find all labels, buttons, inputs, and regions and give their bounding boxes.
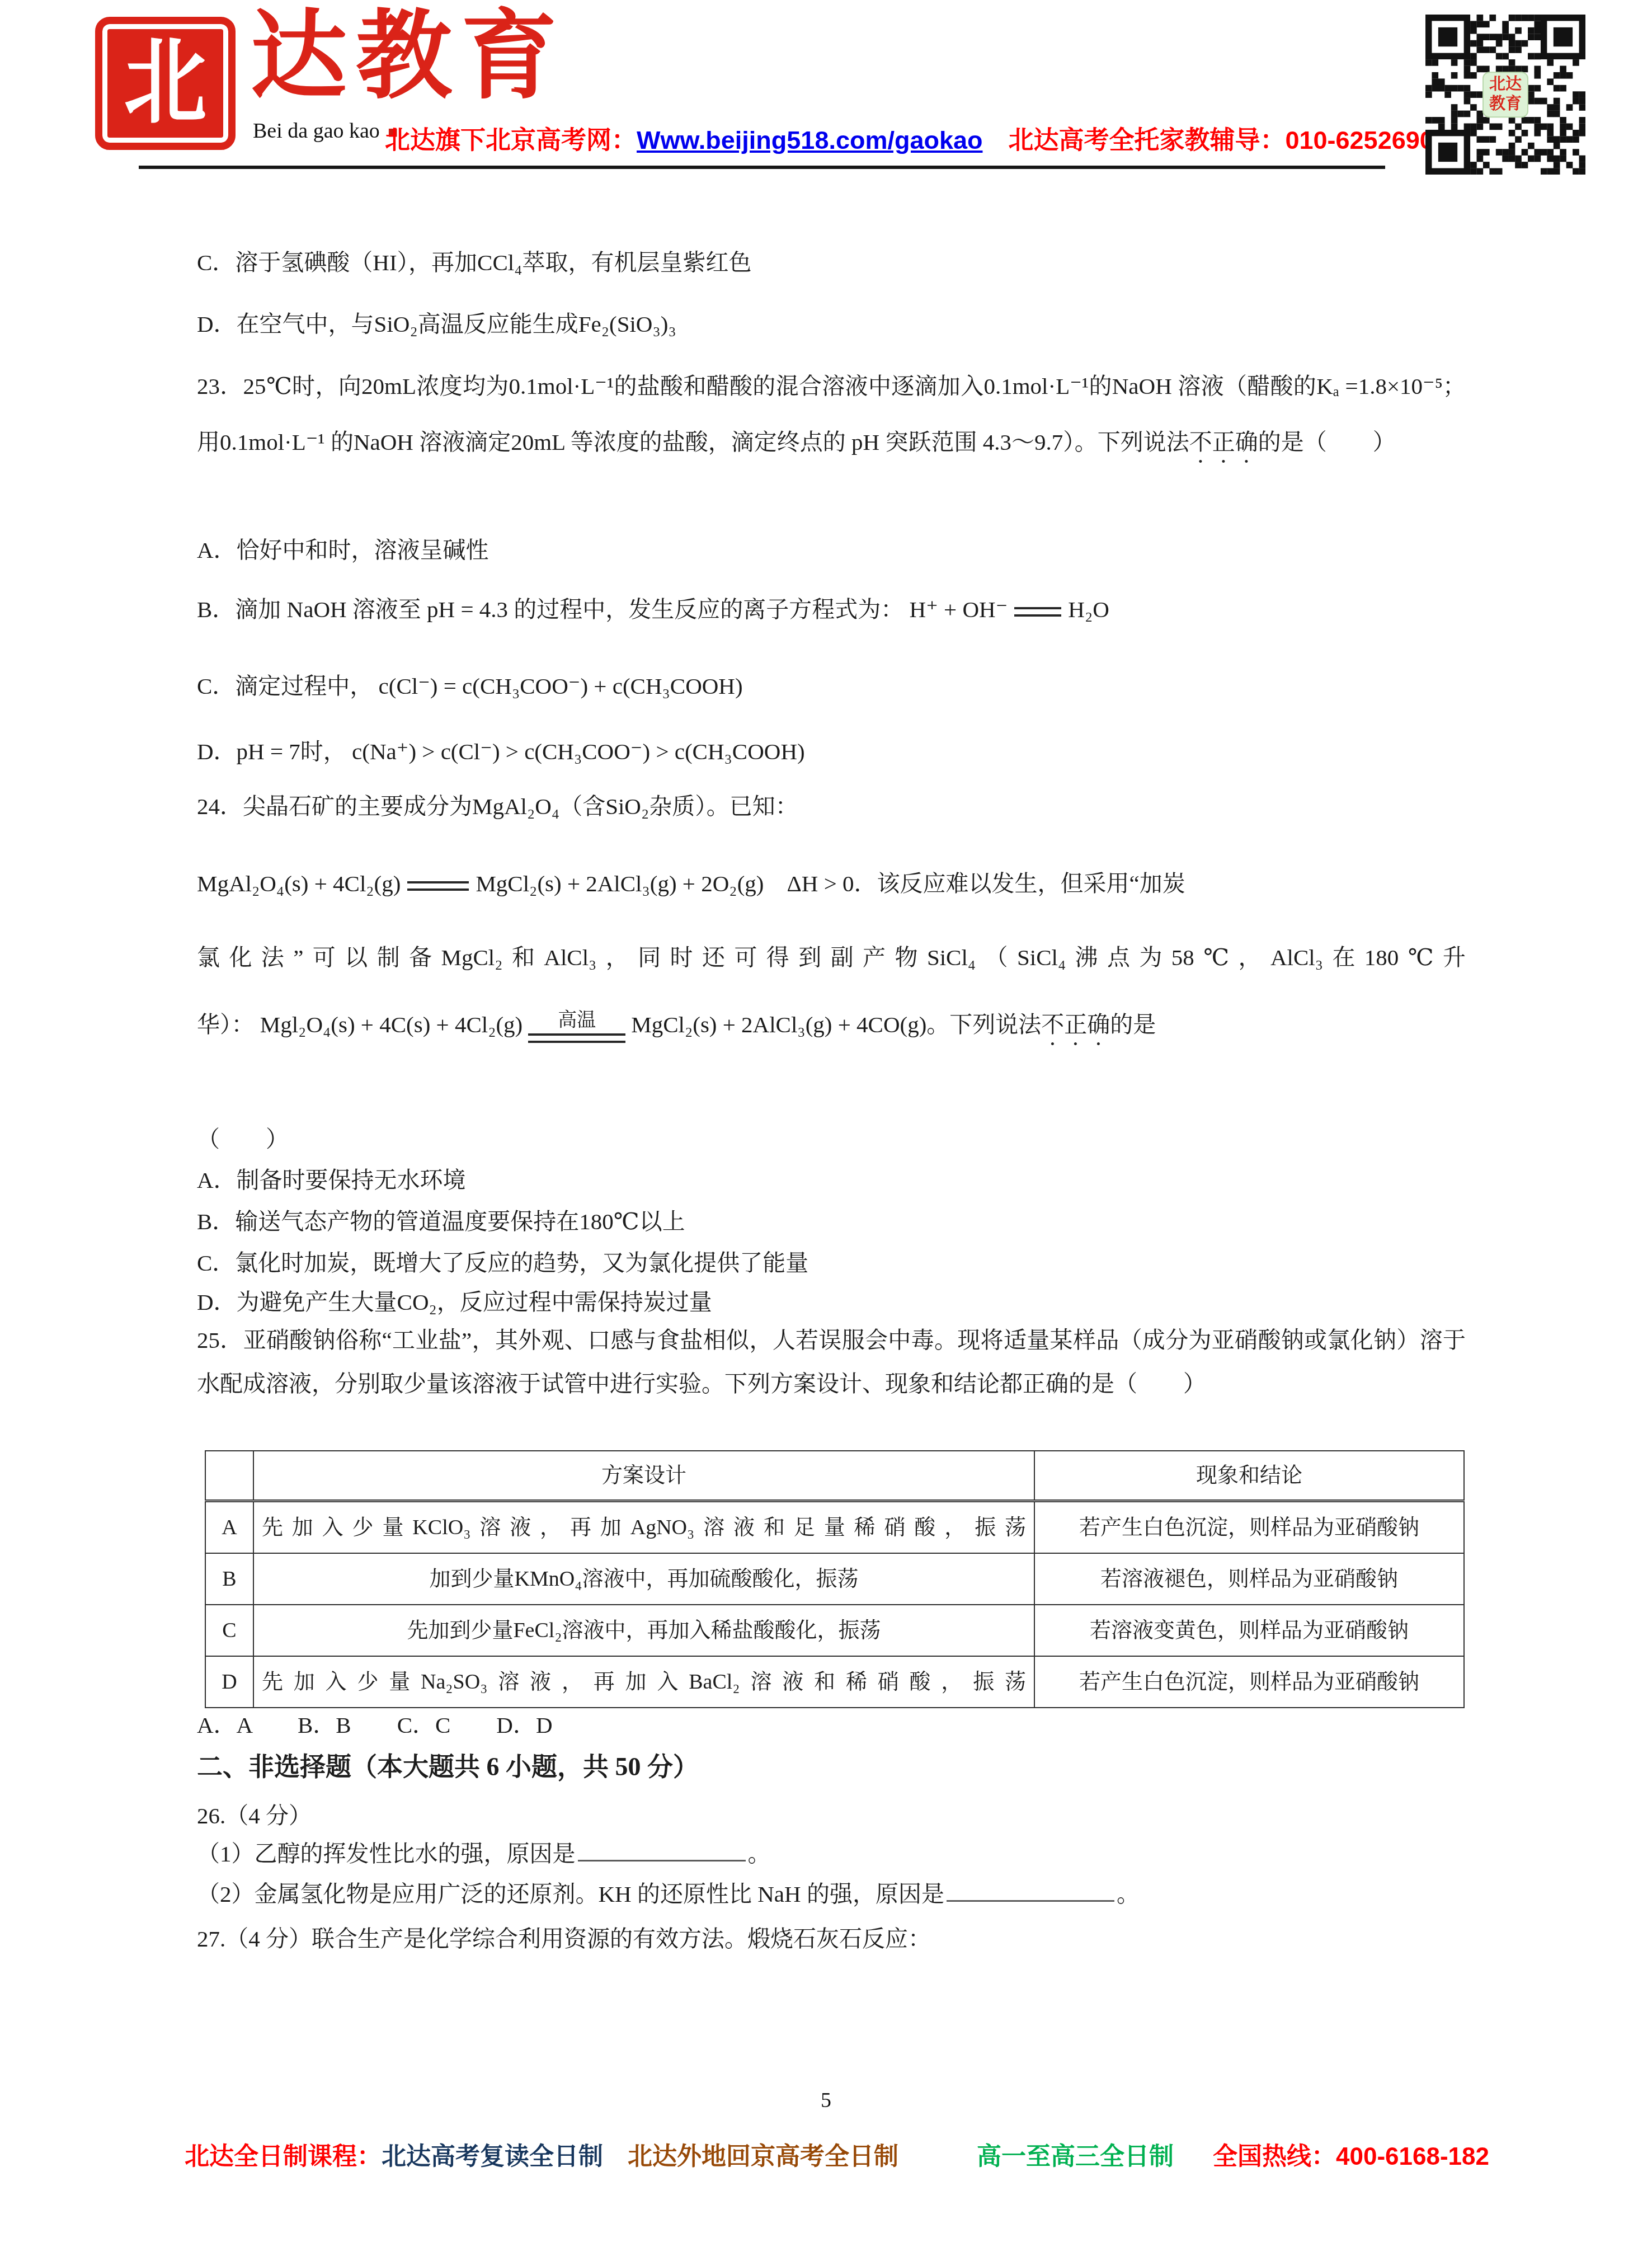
q26-item1: （1）乙醇的挥发性比水的强，原因是。	[197, 1836, 1466, 1872]
header-letter-cell	[205, 1451, 253, 1501]
q26-item2: （2）金属氢化物是应用广泛的还原剂。KH 的还原性比 NaH 的强，原因是。	[197, 1877, 1466, 1912]
double-bond-line	[407, 881, 469, 891]
double-bond-line	[1014, 607, 1061, 617]
brand-calligraphy: 达教育	[251, 4, 566, 110]
q24-option-b: B．输送气态产物的管道温度要保持在180℃以上	[197, 1204, 1466, 1240]
fill-in-blank	[578, 1853, 746, 1861]
q24-line3: 氯化法”可以制备MgCl₂和AlCl₃，同时还可得到副产物SiCl₄（SiCl₄…	[197, 940, 1466, 976]
exam-page: 北 达教育 Bei da gao kao■ 北达旗下北京高考网：Www.beij…	[0, 0, 1652, 2247]
q27-stem: 27.（4 分）联合生产是化学综合利用资源的有效方法。煅烧石灰石反应：	[197, 1921, 1466, 1957]
gaokao-site-link[interactable]: Www.beijing518.com/gaokao	[637, 126, 982, 154]
phone-number: 010-62526900	[1286, 126, 1448, 154]
table-row: B 加到少量KMnO₄溶液中，再加硫酸酸化，振荡 若溶液褪色，则样品为亚硝酸钠	[205, 1553, 1464, 1605]
fill-in-blank	[947, 1893, 1114, 1902]
emphasized-bu-zheng-que: 不正确	[1041, 1012, 1110, 1037]
tutor-label: 北达高考全托家教辅导：	[1008, 126, 1285, 154]
table-row: A 先加入少量KClO₃溶液，再加AgNO₃溶液和足量稀硝酸，振荡 若产生白色沉…	[205, 1501, 1464, 1554]
footer-hotline: 全国热线：400-6168-182	[1213, 2143, 1489, 2170]
q24-stem: 24．尖晶石矿的主要成分为MgAl₂O₄（含SiO₂杂质）。已知：	[197, 789, 1466, 825]
double-bond-line	[528, 1033, 625, 1043]
section2-heading: 二、非选择题（本大题共 6 小题，共 50 分）	[197, 1747, 1466, 1787]
header-plan-cell: 方案设计	[253, 1451, 1034, 1501]
q23-option-b: B．滴加 NaOH 溶液至 pH = 4.3 的过程中，发生反应的离子方程式为：…	[197, 592, 1466, 628]
q24-option-a: A．制备时要保持无水环境	[197, 1163, 1466, 1198]
q22-option-d: D．在空气中，与SiO₂高温反应能生成Fe₂(SiO₃)₃	[197, 307, 1466, 342]
header-divider	[139, 166, 1385, 169]
reaction-condition: 高温	[528, 1009, 625, 1045]
table-row: C 先加到少量FeCl₂溶液中，再加入稀盐酸酸化，振荡 若溶液变黄色，则样品为亚…	[205, 1605, 1464, 1656]
q26-heading: 26.（4 分）	[197, 1798, 1466, 1834]
brand-pinyin: Bei da gao kao■	[253, 119, 398, 143]
q25-table-wrap: 方案设计 现象和结论 A 先加入少量KClO₃溶液，再加AgNO₃溶液和足量稀硝…	[197, 1450, 1466, 1708]
q24-equation-1: MgAl₂O₄(s) + 4Cl₂(g)MgCl₂(s) + 2AlCl₃(g)…	[197, 866, 1466, 902]
brand-seal-logo: 北	[95, 17, 236, 150]
qr-center-label: 北达 教育	[1482, 72, 1528, 117]
emphasized-bu-zheng-que: 不正确	[1189, 429, 1258, 455]
q25-stem: 25．亚硝酸钠俗称“工业盐”，其外观、口感与食盐相似，人若误服会中毒。现将适量某…	[197, 1318, 1466, 1405]
q23-option-a: A．恰好中和时，溶液呈碱性	[197, 533, 1466, 568]
q23-option-d: D．pH = 7时， c(Na⁺) > c(Cl⁻) > c(CH₃COO⁻) …	[197, 734, 1466, 770]
q24-option-d: D．为避免产生大量CO₂，反应过程中需保持炭过量	[197, 1285, 1466, 1320]
condition-label: 高温	[558, 1009, 596, 1032]
footer-line: 北达全日制课程：北达高考复读全日制北达外地回京高考全日制高一至高三全日制全国热线…	[185, 2136, 1494, 2172]
seal-character: 北	[124, 37, 207, 130]
q24-paren: （ ）	[197, 1122, 1466, 1158]
header-result-cell: 现象和结论	[1034, 1451, 1464, 1501]
q23-stem: 23．25℃时，向20mL浓度均为0.1mol·L⁻¹的盐酸和醋酸的混合溶液中逐…	[197, 358, 1466, 470]
q24-option-c: C．氯化时加炭，既增大了反应的趋势，又为氯化提供了能量	[197, 1245, 1466, 1281]
page-number: 5	[0, 2088, 1652, 2113]
q23-option-c: C．滴定过程中， c(Cl⁻) = c(CH₃COO⁻) + c(CH₃COOH…	[197, 669, 1466, 704]
qr-code: 北达 教育	[1425, 15, 1585, 175]
footer-fudu: 北达高考复读全日制	[382, 2143, 603, 2170]
header-contact-line: 北达旗下北京高考网：Www.beijing518.com/gaokao北达高考全…	[385, 120, 1448, 156]
q24-equation-2: 华）： Mgl₂O₄(s) + 4C(s) + 4Cl₂(g)高温MgCl₂(s…	[197, 1007, 1466, 1051]
site-label: 北达旗下北京高考网：	[385, 126, 637, 154]
footer-waidi: 北达外地回京高考全日制	[628, 2143, 898, 2170]
footer-gaoyi: 高一至高三全日制	[977, 2143, 1174, 2170]
table-header-row: 方案设计 现象和结论	[205, 1451, 1464, 1501]
table-row: D 先加入少量Na₂SO₃溶液，再加入BaCl₂溶液和稀硝酸，振荡 若产生白色沉…	[205, 1656, 1464, 1708]
q22-option-c: C．溶于氢碘酸（HI），再加CCl₄萃取，有机层皇紫红色	[197, 245, 1466, 281]
q25-answer-choices: A．A B．B C．C D．D	[197, 1708, 1466, 1743]
footer-course-label: 北达全日制课程：	[185, 2143, 382, 2170]
q25-table: 方案设计 现象和结论 A 先加入少量KClO₃溶液，再加AgNO₃溶液和足量稀硝…	[205, 1450, 1465, 1708]
